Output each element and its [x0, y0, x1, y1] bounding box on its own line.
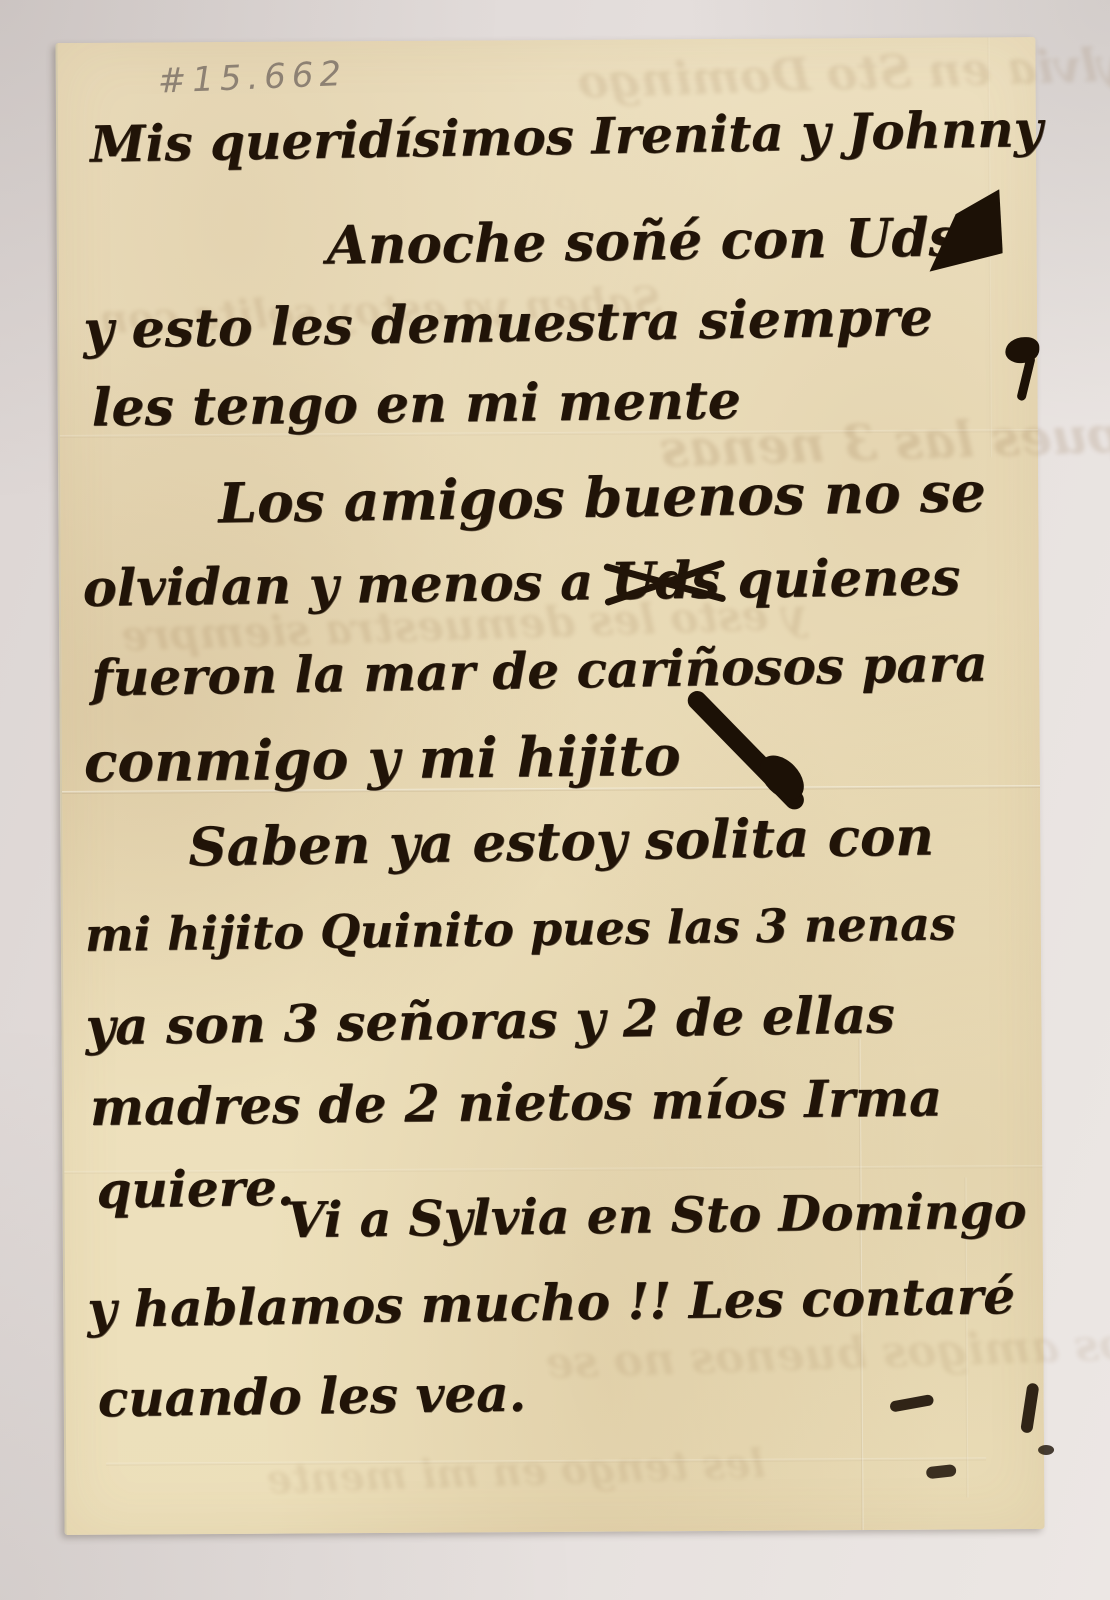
ink-smudge	[889, 1394, 934, 1413]
letter-line: Saben ya estoy solita con	[188, 810, 934, 874]
letter-line: madres de 2 nietos míos Irma	[90, 1073, 943, 1134]
catalog-number: #15.662	[157, 54, 348, 102]
letter-line: quiere.	[96, 1163, 294, 1216]
letter-line-text: quienes	[719, 547, 960, 610]
letter-line: fueron la mar de cariñosos para	[91, 639, 988, 704]
letter-line: Mis queridísimos Irenita y Johnny	[90, 104, 1043, 170]
bleedthrough-ghost-text: les tengo en mi mente	[266, 1440, 767, 1503]
letter-line: ya son 3 señoras y 2 de ellas	[85, 990, 895, 1053]
ink-smudge	[926, 1464, 957, 1479]
letter-photograph: Vi a Sylvia en Sto Domingo Saben ya esto…	[0, 0, 1110, 1600]
letter-line: conmigo y mi hijito	[84, 728, 681, 790]
letter-line: y esto les demuestra siempre	[83, 292, 933, 357]
ink-smudge	[1020, 1382, 1039, 1433]
bleedthrough-ghost-text: Vi a Sylvia en Sto Domingo	[577, 32, 1110, 108]
letter-line-text: olvidan y menos a	[82, 552, 611, 619]
letter-line: y hablamos mucho !! Les contaré	[87, 1271, 1015, 1335]
letter-paper-sheet: Vi a Sylvia en Sto Domingo Saben ya esto…	[55, 37, 1044, 1535]
crossed-out-word: Uds	[611, 556, 721, 608]
letter-line: olvidan y menos a Uds quienes	[82, 552, 960, 614]
letter-line: les tengo en mi mente	[91, 375, 741, 434]
letter-line: cuando les vea.	[97, 1369, 526, 1425]
letter-line: Vi a Sylvia en Sto Domingo	[286, 1187, 1026, 1246]
letter-line: Anoche soñé con Uds.	[326, 211, 977, 273]
ink-smudge	[1038, 1445, 1054, 1455]
letter-line: mi hijito Quinito pues las 3 nenas	[85, 900, 956, 957]
letter-line: Los amigos buenos no se	[218, 464, 986, 530]
